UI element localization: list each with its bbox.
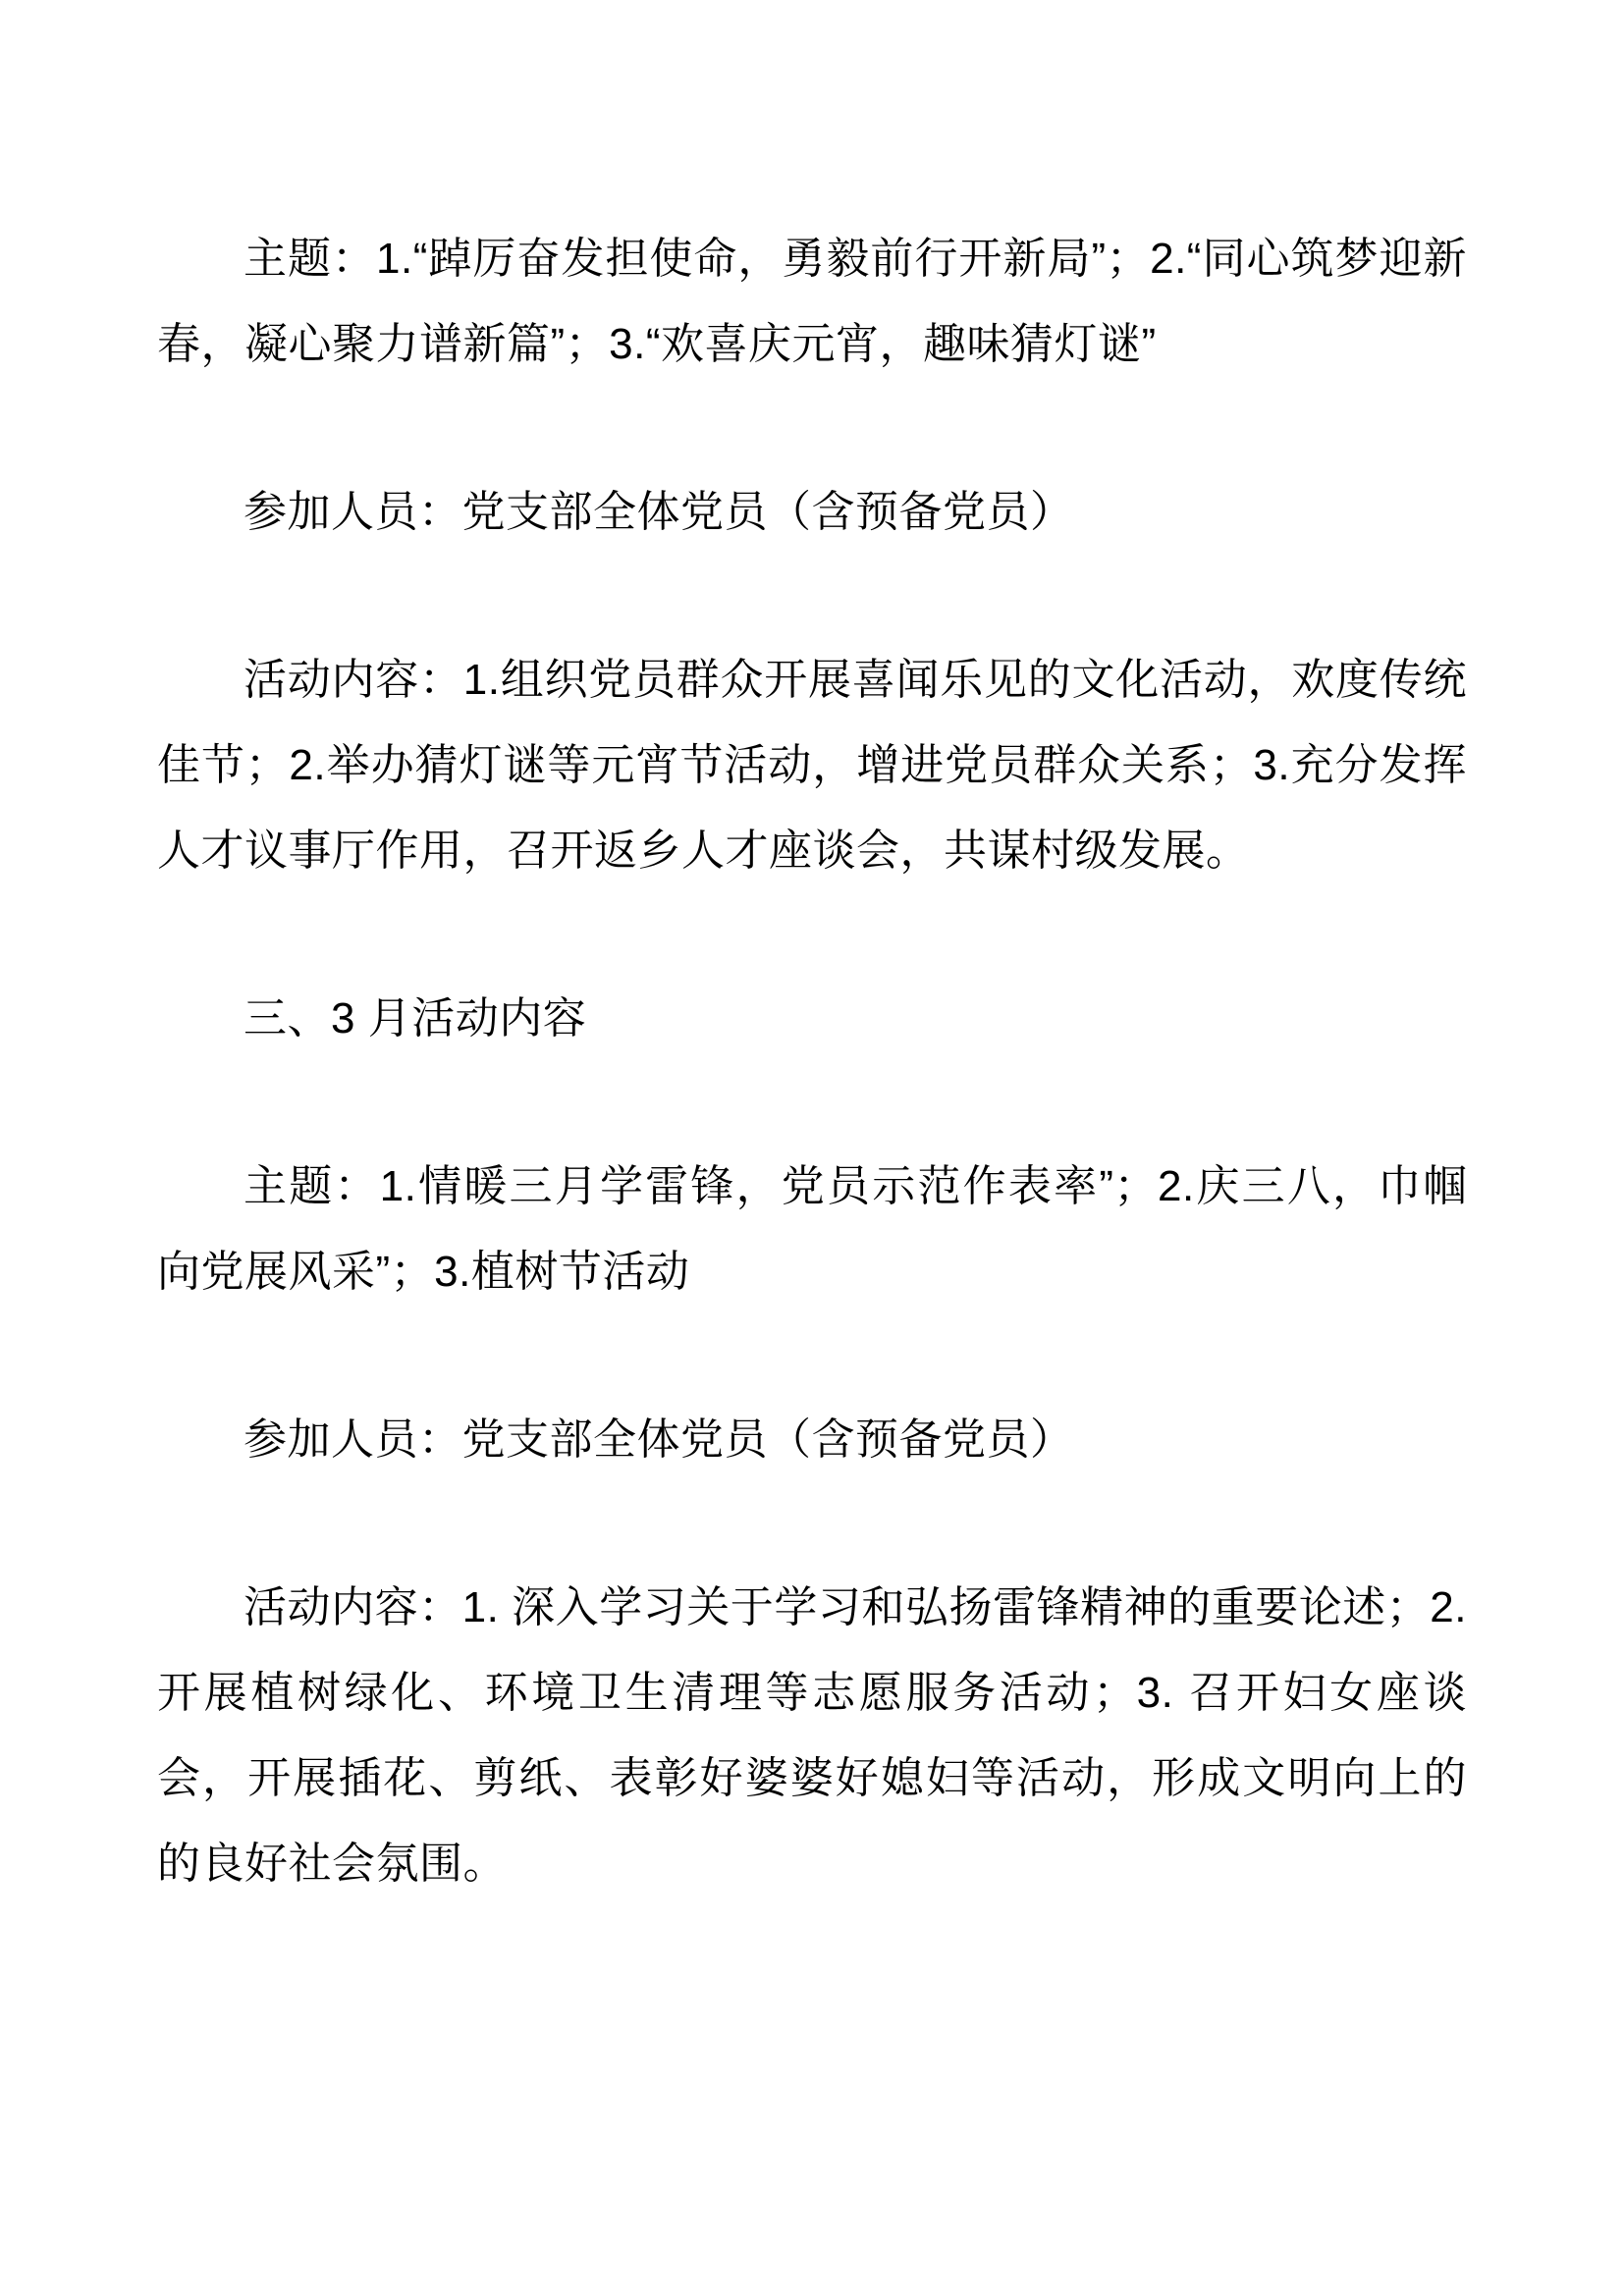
- paragraph-participants-february: 参加人员：党支部全体党员（含预备党员）: [157, 469, 1467, 555]
- document-page: 主题：1.“踔厉奋发担使命，勇毅前行开新局”；2.“同心筑梦迎新春，凝心聚力谱新…: [0, 0, 1624, 2296]
- paragraph-activities-february: 活动内容：1.组织党员群众开展喜闻乐见的文化活动，欢度传统佳节；2.举办猜灯谜等…: [157, 637, 1467, 893]
- document-body: 主题：1.“踔厉奋发担使命，勇毅前行开新局”；2.“同心筑梦迎新春，凝心聚力谱新…: [157, 216, 1467, 1906]
- paragraph-activities-march: 活动内容：1. 深入学习关于学习和弘扬雷锋精神的重要论述；2. 开展植树绿化、环…: [157, 1565, 1467, 1906]
- paragraph-participants-march: 参加人员：党支部全体党员（含预备党员）: [157, 1397, 1467, 1482]
- section-heading-march: 三、3 月活动内容: [157, 976, 1467, 1061]
- paragraph-theme-march: 主题：1.情暖三月学雷锋，党员示范作表率”；2.庆三八，巾帼向党展风采”；3.植…: [157, 1144, 1467, 1314]
- paragraph-theme-february: 主题：1.“踔厉奋发担使命，勇毅前行开新局”；2.“同心筑梦迎新春，凝心聚力谱新…: [157, 216, 1467, 387]
